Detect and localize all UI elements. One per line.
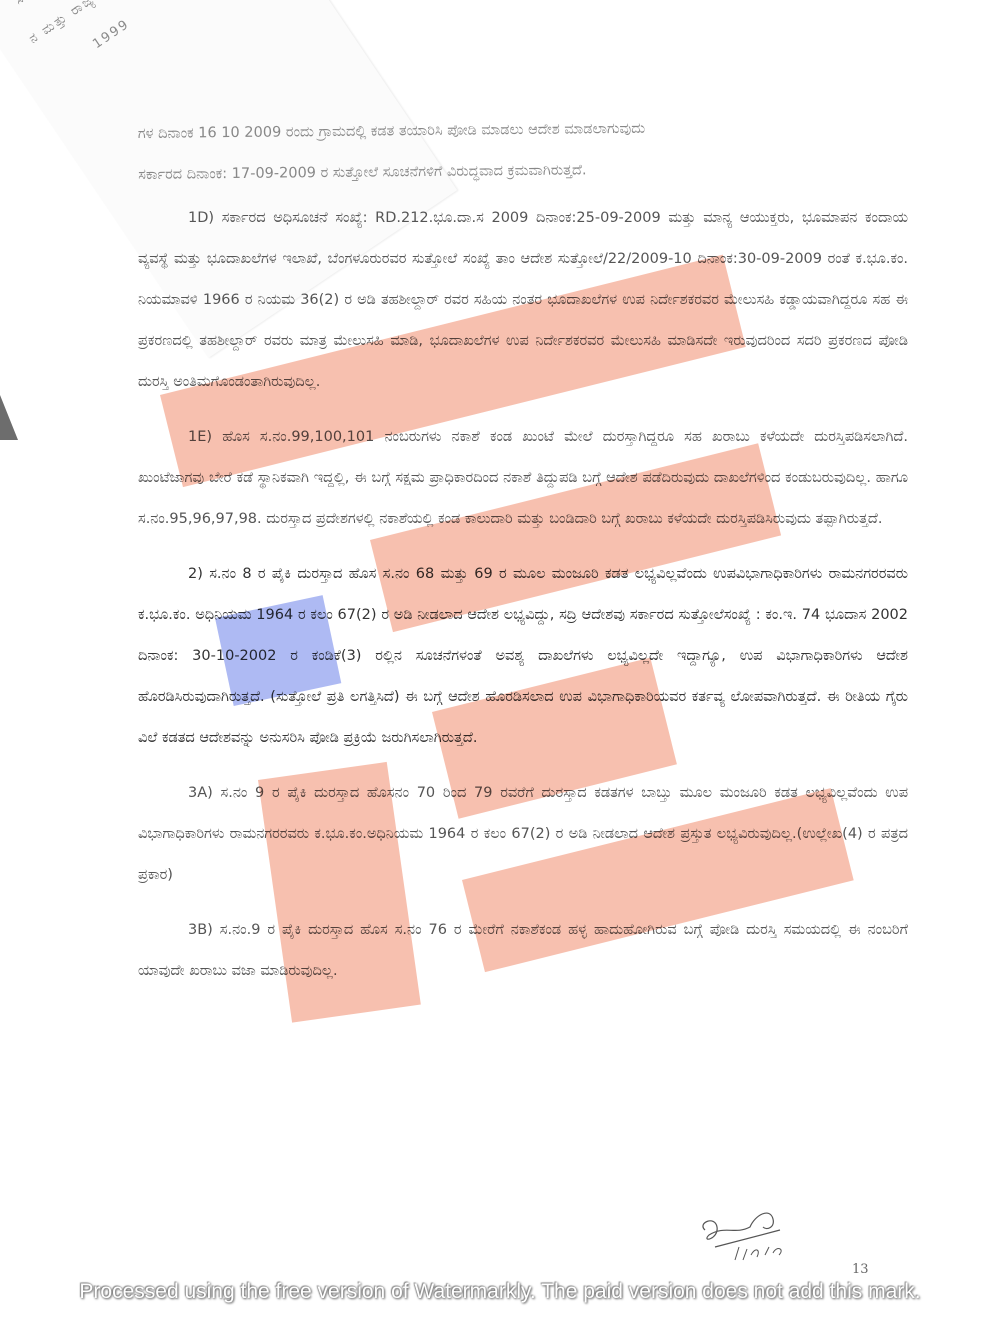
signature: [695, 1205, 825, 1265]
page-number: 13: [852, 1262, 869, 1277]
underpage-line: ನ ಮತ್ತು ರಾಜ್ಯ: [26, 0, 97, 47]
intro-line: ಸರ್ಕಾರದ ದಿನಾಂಕ: 17-09-2009 ರ ಸುತ್ತೋಲೆ ಸೂ…: [138, 147, 908, 196]
paragraph-3a: 3A) ಸ.ನಂ 9 ರ ಪೈಕಿ ದುರಸ್ತಾದ ಹೊಸನಂ 70 ರಿಂದ…: [138, 773, 908, 896]
scan-shadow-top: [165, 0, 200, 16]
document-page: ಗಳ ದಿನಾಂಕ 16 10 2009 ರಂದು ಗ್ರಾಮದಲ್ಲಿ ಕಡತ…: [138, 110, 908, 992]
paragraph-1d: 1D) ಸರ್ಕಾರದ ಅಧಿಸೂಚನೆ ಸಂಖ್ಯೆ: RD.212.ಭೂ.ದ…: [138, 198, 908, 403]
paragraph-1e: 1E) ಹೊಸ ಸ.ನಂ.99,100,101 ನಂಬರುಗಳು ನಕಾಶೆ ಕ…: [138, 417, 908, 540]
underpage-line: ಸಂಸದರುಗಳು: [12, 0, 78, 8]
scan-shadow-left: [0, 395, 18, 440]
paragraph-2: 2) ಸ.ನಂ 8 ರ ಪೈಕಿ ದುರಸ್ತಾದ ಹೊಸ ಸ.ನಂ 68 ಮತ…: [138, 554, 908, 759]
watermark-text: Processed using the free version of Wate…: [0, 1280, 1000, 1304]
intro-block: ಗಳ ದಿನಾಂಕ 16 10 2009 ರಂದು ಗ್ರಾಮದಲ್ಲಿ ಕಡತ…: [138, 106, 909, 196]
paragraph-3b: 3B) ಸ.ನಂ.9 ರ ಪೈಕಿ ದುರಸ್ತಾದ ಹೊಸ ಸ.ನಂ 76 ರ…: [138, 910, 908, 992]
underpage-line: 1999: [90, 17, 132, 52]
